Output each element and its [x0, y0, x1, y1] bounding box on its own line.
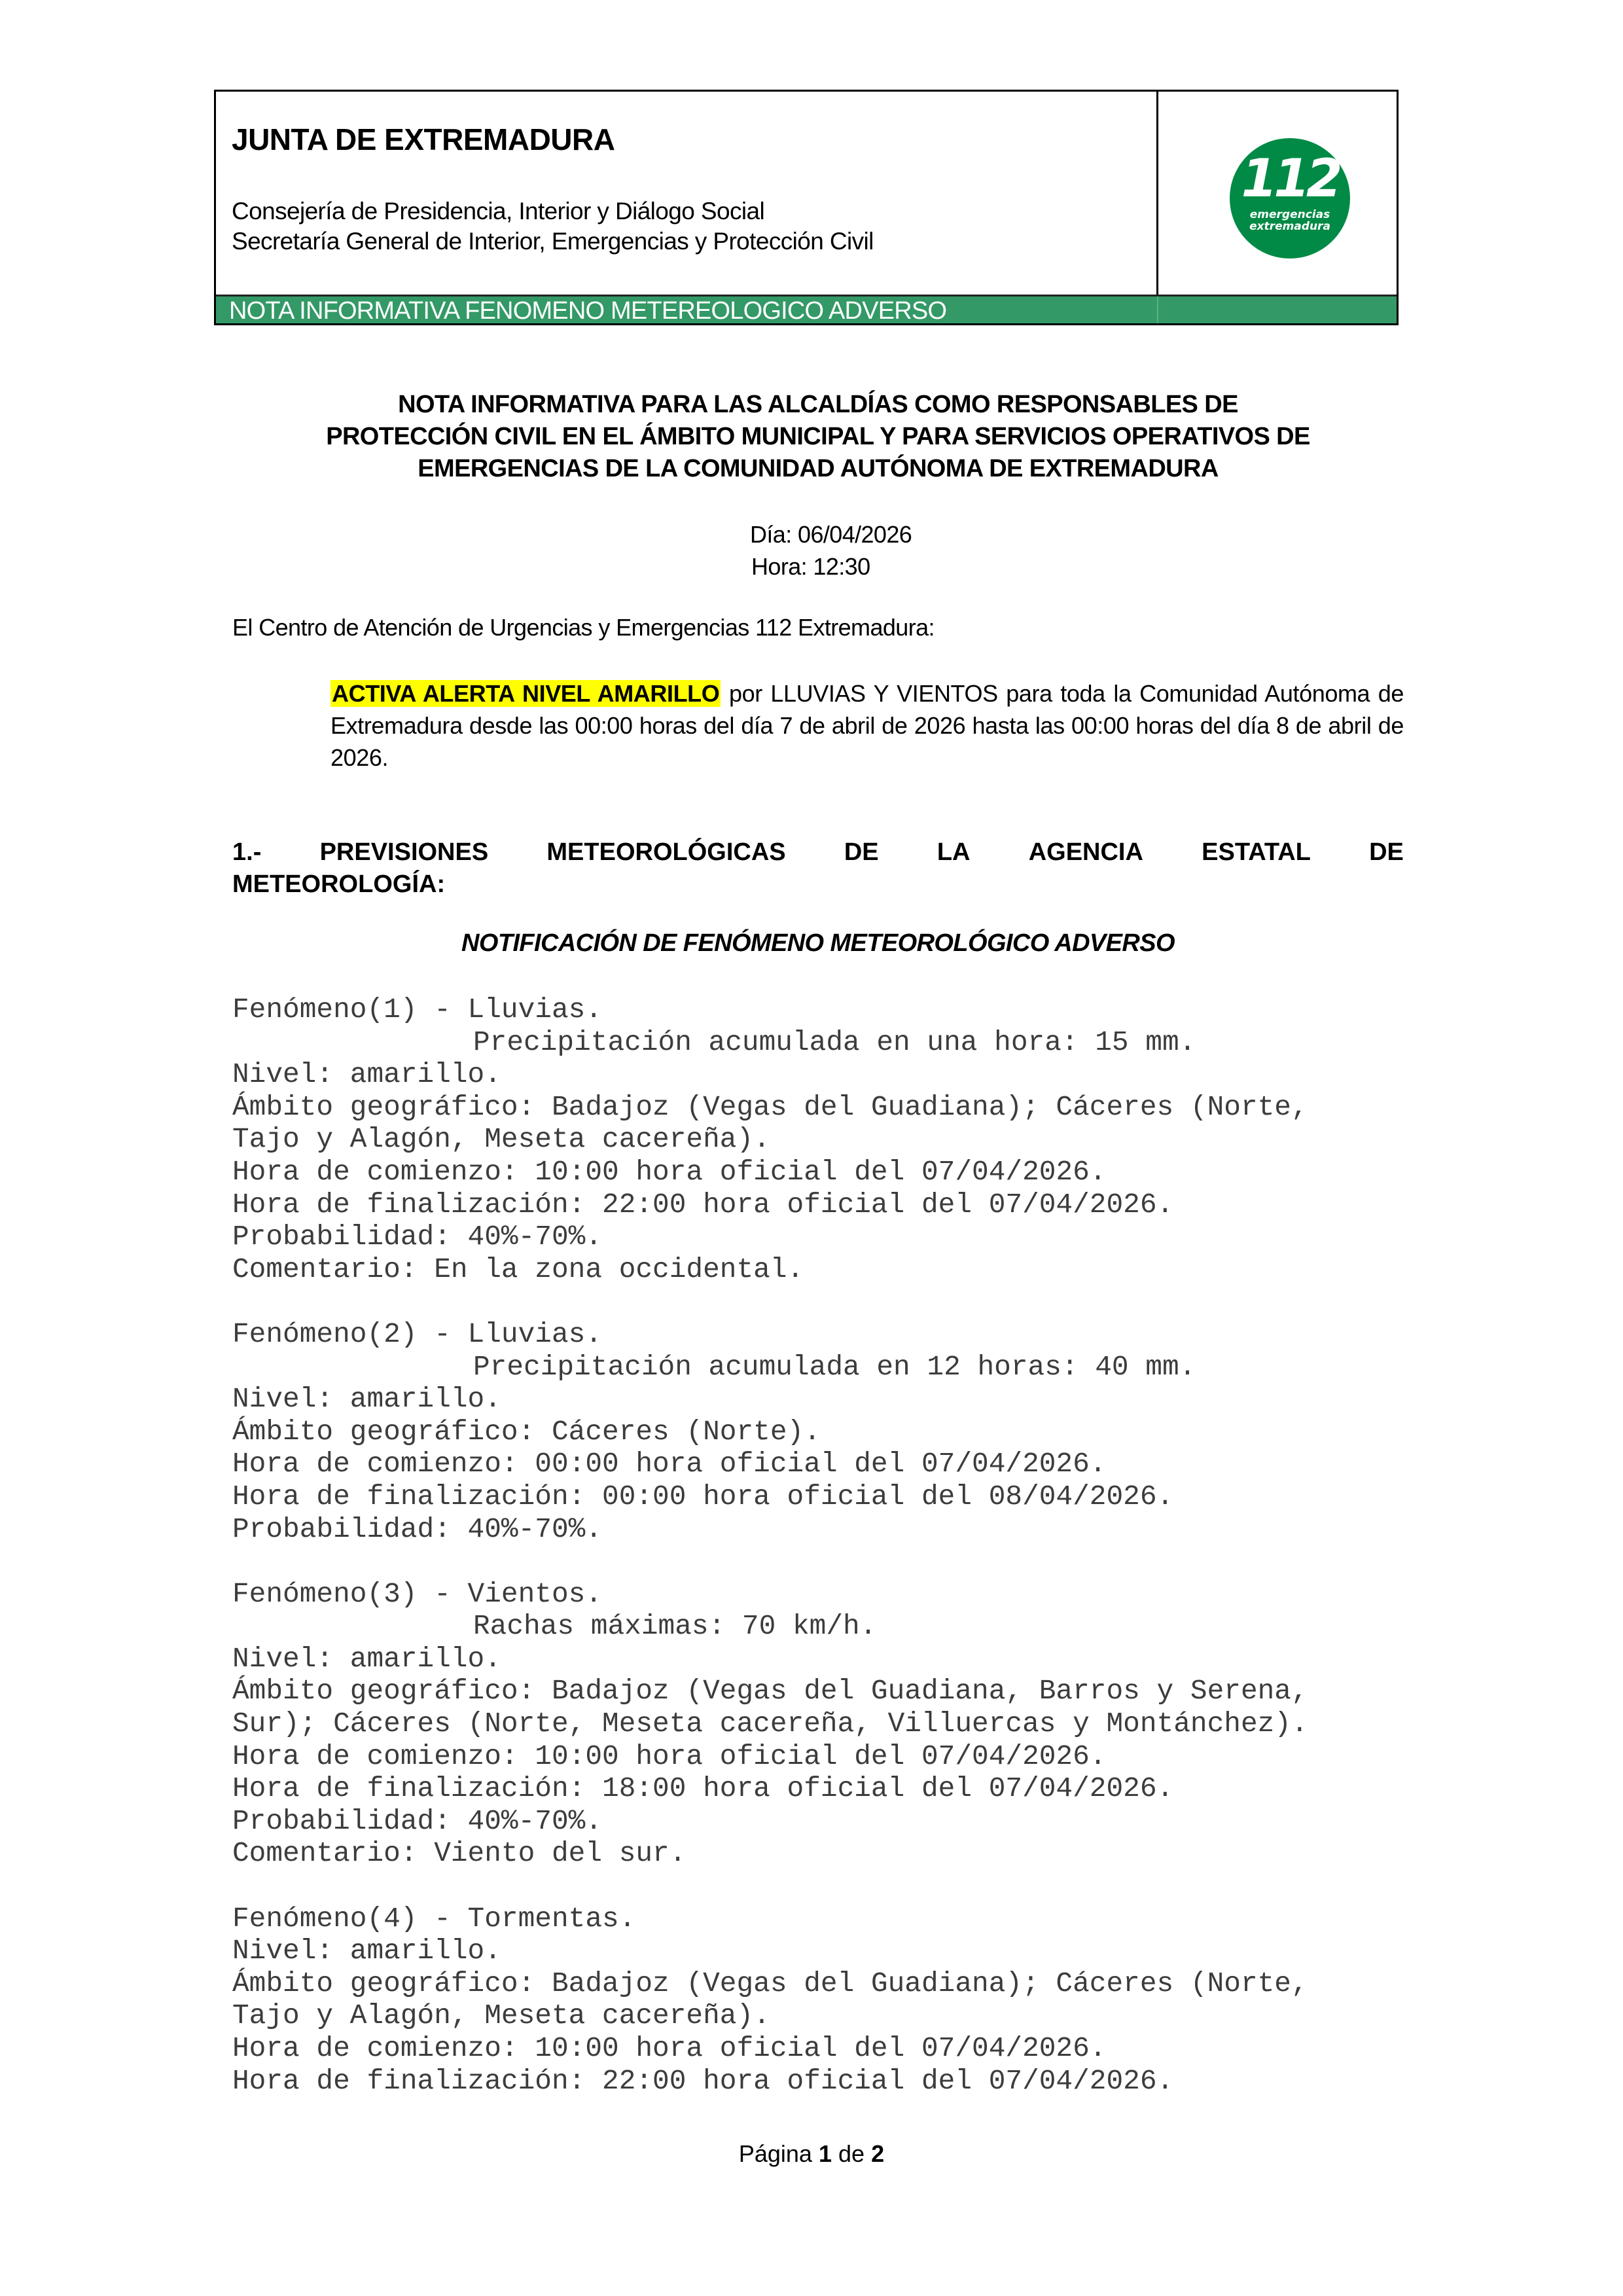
notice-line: Hora de comienzo: 10:00 hora oficial del…	[232, 1740, 1308, 1773]
notice-title: Fenómeno(1) - Lluvias.	[232, 994, 1308, 1026]
notice-line: Probabilidad: 40%-70%.	[232, 1513, 1308, 1546]
notice-block: Fenómeno(3) - Vientos.Rachas máximas: 70…	[232, 1578, 1308, 1870]
notice-line: Ámbito geográfico: Badajoz (Vegas del Gu…	[232, 1091, 1308, 1124]
heading-word: 1.-	[232, 836, 261, 869]
notice-detail: Rachas máximas: 70 km/h.	[232, 1610, 1308, 1643]
band-divider	[1157, 296, 1158, 323]
notice-title: Fenómeno(2) - Lluvias.	[232, 1318, 1308, 1351]
section-heading-line-1: 1.-PREVISIONESMETEOROLÓGICASDELAAGENCIAE…	[232, 836, 1404, 869]
notice-title: Fenómeno(3) - Vientos.	[232, 1578, 1308, 1611]
notice-line: Hora de finalización: 00:00 hora oficial…	[232, 1480, 1308, 1513]
aemet-notices: Fenómeno(1) - Lluvias.Precipitación acum…	[232, 994, 1308, 2130]
header-band: NOTA INFORMATIVA FENOMENO METEREOLOGICO …	[216, 295, 1397, 323]
org-name: JUNTA DE EXTREMADURA	[232, 122, 615, 157]
notice-block: Fenómeno(4) - Tormentas.Nivel: amarillo.…	[232, 1903, 1308, 2098]
notice-title: Fenómeno(4) - Tormentas.	[232, 1903, 1308, 1935]
notice-line: Hora de comienzo: 10:00 hora oficial del…	[232, 1156, 1308, 1189]
notice-line: Tajo y Alagón, Meseta cacereña).	[232, 2000, 1308, 2032]
112-emergencias-logo-icon: 112 emergencias extremadura	[1230, 138, 1350, 259]
logo-line-1: emergencias	[1230, 209, 1350, 221]
of-word: de	[838, 2140, 865, 2167]
secretariat-name: Secretaría General de Interior, Emergenc…	[232, 228, 874, 255]
title-line: NOTA INFORMATIVA PARA LAS ALCALDÍAS COMO…	[223, 389, 1414, 421]
header-band-title: NOTA INFORMATIVA FENOMENO METEREOLOGICO …	[229, 296, 946, 325]
notice-line: Nivel: amarillo.	[232, 1058, 1308, 1091]
notice-line: Ámbito geográfico: Badajoz (Vegas del Gu…	[232, 1967, 1308, 2000]
logo-number: 112	[1230, 152, 1350, 205]
notice-line: Comentario: En la zona occidental.	[232, 1253, 1308, 1286]
notice-line: Tajo y Alagón, Meseta cacereña).	[232, 1123, 1308, 1156]
header-text-cell: JUNTA DE EXTREMADURA Consejería de Presi…	[216, 92, 1158, 295]
total-pages: 2	[871, 2140, 884, 2167]
notice-line: Nivel: amarillo.	[232, 1383, 1308, 1416]
alert-level-highlight: ACTIVA ALERTA NIVEL AMARILLO	[330, 680, 721, 707]
notice-line: Probabilidad: 40%-70%.	[232, 1805, 1308, 1838]
title-line: PROTECCIÓN CIVIL EN EL ÁMBITO MUNICIPAL …	[223, 421, 1414, 453]
notice-line: Hora de finalización: 22:00 hora oficial…	[232, 1189, 1308, 1221]
notice-line: Sur); Cáceres (Norte, Meseta cacereña, V…	[232, 1708, 1308, 1740]
document-header: JUNTA DE EXTREMADURA Consejería de Presi…	[214, 90, 1399, 325]
heading-word: AGENCIA	[1029, 836, 1143, 869]
title-line: EMERGENCIAS DE LA COMUNIDAD AUTÓNOMA DE …	[223, 453, 1414, 485]
current-page: 1	[819, 2140, 832, 2167]
notification-subheading: NOTIFICACIÓN DE FENÓMENO METEOROLÓGICO A…	[223, 929, 1414, 958]
notice-line: Ámbito geográfico: Cáceres (Norte).	[232, 1416, 1308, 1448]
notice-line: Hora de finalización: 22:00 hora oficial…	[232, 2065, 1308, 2098]
notice-block: Fenómeno(1) - Lluvias.Precipitación acum…	[232, 994, 1308, 1285]
notice-line: Hora de finalización: 18:00 hora oficial…	[232, 1772, 1308, 1805]
page-number: Página 1 de 2	[0, 2140, 1623, 2168]
page-word: Página	[739, 2140, 812, 2167]
issue-day: Día: 06/04/2026	[750, 518, 912, 550]
alert-paragraph: ACTIVA ALERTA NIVEL AMARILLO por LLUVIAS…	[330, 677, 1404, 774]
heading-word: METEOROLÓGICAS	[546, 836, 785, 869]
issue-time: Hora: 12:30	[750, 550, 912, 583]
heading-word: LA	[937, 836, 971, 869]
notice-line: Nivel: amarillo.	[232, 1643, 1308, 1676]
logo-line-2: extremadura	[1230, 221, 1350, 232]
heading-word: PREVISIONES	[320, 836, 489, 869]
intro-text: El Centro de Atención de Urgencias y Eme…	[232, 614, 935, 641]
notice-detail: Precipitación acumulada en una hora: 15 …	[232, 1026, 1308, 1059]
notice-line: Hora de comienzo: 00:00 hora oficial del…	[232, 1448, 1308, 1480]
notice-detail: Precipitación acumulada en 12 horas: 40 …	[232, 1351, 1308, 1384]
notice-line: Probabilidad: 40%-70%.	[232, 1221, 1308, 1253]
heading-word: ESTATAL	[1202, 836, 1311, 869]
heading-word: DE	[844, 836, 879, 869]
issue-date-time: Día: 06/04/2026 Hora: 12:30	[750, 518, 912, 583]
heading-word: DE	[1369, 836, 1404, 869]
notice-line: Nivel: amarillo.	[232, 1935, 1308, 1967]
section-heading-line-2: METEOROLOGÍA:	[232, 869, 1404, 901]
document-title: NOTA INFORMATIVA PARA LAS ALCALDÍAS COMO…	[223, 389, 1414, 485]
section-heading: 1.-PREVISIONESMETEOROLÓGICASDELAAGENCIAE…	[232, 836, 1404, 901]
notice-line: Ámbito geográfico: Badajoz (Vegas del Gu…	[232, 1675, 1308, 1708]
notice-block: Fenómeno(2) - Lluvias.Precipitación acum…	[232, 1318, 1308, 1545]
notice-line: Hora de comienzo: 10:00 hora oficial del…	[232, 2032, 1308, 2065]
notice-line: Comentario: Viento del sur.	[232, 1837, 1308, 1870]
department-name: Consejería de Presidencia, Interior y Di…	[232, 198, 764, 225]
